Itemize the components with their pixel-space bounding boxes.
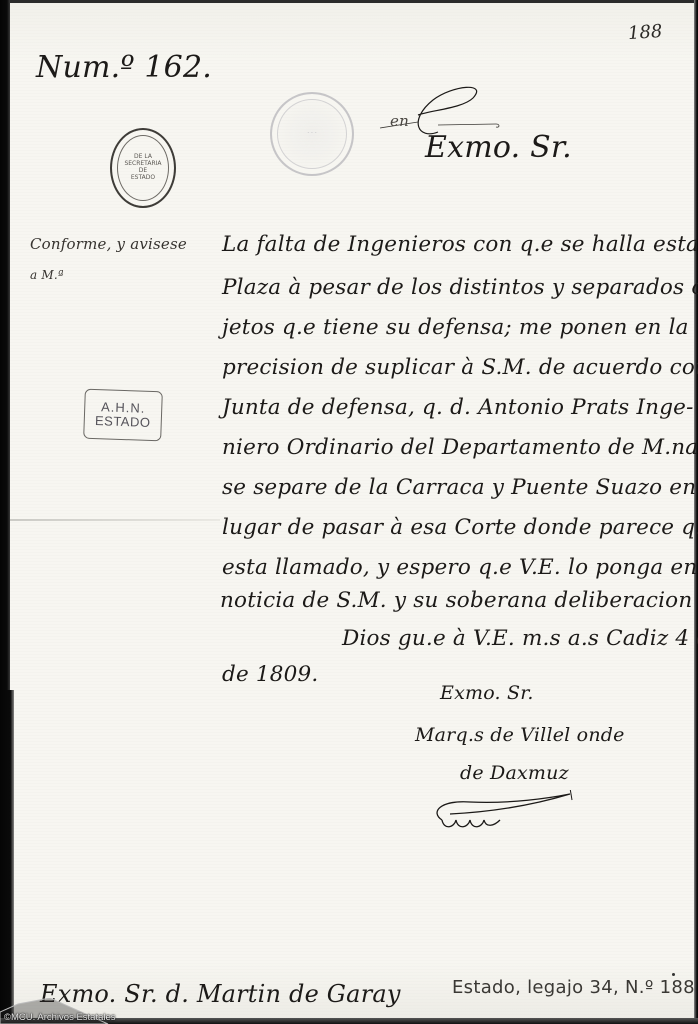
folio-number: 188: [627, 21, 663, 44]
body-line: esta llamado, y espero q.e V.E. lo ponga…: [222, 555, 697, 580]
scan-edge-right: [694, 0, 698, 1024]
signature-name-line1: Marq.s de Villel onde: [415, 724, 625, 746]
stamp-line: ESTADO: [131, 175, 155, 182]
faint-stamp-text: · · ·: [272, 130, 352, 137]
salutation-prefix: en: [390, 112, 409, 130]
paper-fold-line: [10, 519, 220, 521]
closing-year: de 1809.: [222, 662, 318, 687]
body-line: jetos q.e tiene su defensa; me ponen en …: [222, 315, 689, 340]
faint-circular-stamp: · · ·: [270, 92, 354, 176]
body-line: La falta de Ingenieros con q.e se halla …: [222, 232, 698, 257]
closing-formula: Dios gu.e à V.E. m.s a.s Cadiz 4 de Feb.…: [342, 626, 698, 651]
copyright-watermark: ©MCU. Archivos Estatales: [4, 1012, 116, 1023]
margin-note-line2: a M.ª: [30, 268, 64, 282]
body-line: se separe de la Carraca y Puente Suazo e…: [222, 475, 696, 500]
ahn-stamp-line2: ESTADO: [95, 414, 151, 430]
document-page: 188 Num.º 162. DE LA SECRETARIA DE ESTAD…: [0, 0, 698, 1024]
signature-rubric-icon: [430, 790, 580, 840]
salutation: Exmo. Sr.: [425, 130, 572, 165]
secretaria-estado-oval-stamp: DE LA SECRETARIA DE ESTADO: [110, 128, 176, 208]
body-line: noticia de S.M. y su soberana deliberaci…: [220, 588, 692, 613]
body-line: niero Ordinario del Departamento de M.na…: [222, 435, 698, 460]
scan-edge-top: [0, 0, 698, 3]
archive-reference: Estado, legajo 34, N.º 188: [452, 977, 695, 998]
signature-salute: Exmo. Sr.: [440, 682, 534, 704]
margin-note-line1: Conforme, y avisese: [30, 235, 187, 253]
signature-name-line2: de Daxmuz: [460, 762, 569, 784]
ink-dot: [672, 973, 675, 976]
scan-edge-left-lower: [0, 690, 14, 1024]
body-line: Junta de defensa, q. d. Antonio Prats In…: [222, 395, 694, 420]
body-line: precision de suplicar à S.M. de acuerdo …: [222, 355, 698, 380]
body-line: lugar de pasar à esa Corte donde parece …: [222, 515, 698, 540]
body-line: Plaza à pesar de los distintos y separad…: [222, 275, 698, 300]
document-number-heading: Num.º 162.: [36, 50, 212, 85]
ahn-estado-stamp: A.H.N. ESTADO: [83, 389, 163, 442]
